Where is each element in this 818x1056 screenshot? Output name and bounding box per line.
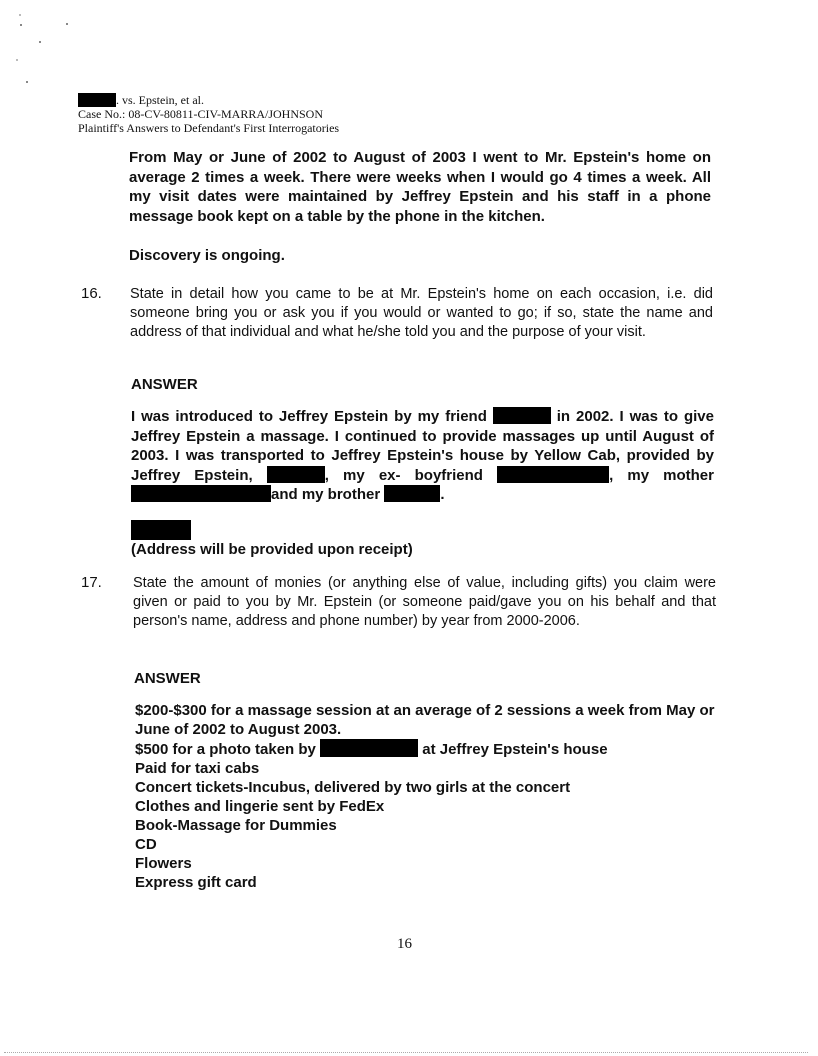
redaction-box <box>267 466 325 483</box>
list-item: Book-Massage for Dummies <box>135 816 720 835</box>
question-17-answer-label: ANSWER <box>134 669 201 688</box>
discovery-note: Discovery is ongoing. <box>129 246 285 265</box>
list-item: CD <box>135 835 720 854</box>
question-16-answer: I was introduced to Jeffrey Epstein by m… <box>131 407 714 505</box>
scan-speck <box>19 14 21 16</box>
scan-speck <box>20 24 22 26</box>
page-edge-line <box>4 1052 808 1053</box>
case-caption-line: . vs. Epstein, et al. <box>78 93 204 107</box>
redaction-box <box>78 93 116 107</box>
answer-text: and my brother <box>271 486 380 503</box>
list-item-text: $500 for a photo taken by <box>135 741 316 758</box>
list-item: Paid for taxi cabs <box>135 759 720 778</box>
list-item: Concert tickets-Incubus, delivered by tw… <box>135 778 720 797</box>
list-item: $500 for a photo taken by at Jeffrey Eps… <box>135 739 720 759</box>
answer-text: , my ex- boyfriend <box>325 467 483 484</box>
scan-speck <box>26 81 28 83</box>
case-number: Case No.: 08-CV-80811-CIV-MARRA/JOHNSON <box>78 108 323 121</box>
list-item: Express gift card <box>135 873 720 892</box>
scan-speck <box>66 23 68 25</box>
answer-text: , <box>609 467 613 484</box>
redaction-box <box>320 739 418 757</box>
scan-speck <box>16 59 18 61</box>
answer-text: my mother <box>627 467 714 484</box>
question-17-number: 17. <box>81 574 102 591</box>
question-16-number: 16. <box>81 285 102 302</box>
list-item-text: at Jeffrey Epstein's house <box>422 741 607 758</box>
gifts-list: $200-$300 for a massage session at an av… <box>135 701 720 892</box>
question-16-text: State in detail how you came to be at Mr… <box>130 285 713 342</box>
question-16-answer-label: ANSWER <box>131 375 198 394</box>
redaction-box <box>493 407 551 424</box>
scan-speck <box>39 41 41 43</box>
address-note: (Address will be provided upon receipt) <box>131 540 413 559</box>
list-item: Flowers <box>135 854 720 873</box>
question-17-text: State the amount of monies (or anything … <box>133 574 716 631</box>
list-item: $200-$300 for a massage session at an av… <box>135 701 720 739</box>
list-item: Clothes and lingerie sent by FedEx <box>135 797 720 816</box>
answer-15-continued: From May or June of 2002 to August of 20… <box>129 148 711 226</box>
redaction-box <box>497 466 609 483</box>
redaction-box <box>131 485 271 502</box>
page-number: 16 <box>397 936 412 953</box>
answer-text: I was introduced to Jeffrey Epstein by m… <box>131 408 487 425</box>
answer-text: . <box>440 486 444 503</box>
caption-text: . vs. Epstein, et al. <box>116 93 204 107</box>
redaction-box <box>384 485 440 502</box>
redaction-box <box>131 520 191 540</box>
document-title: Plaintiff's Answers to Defendant's First… <box>78 122 339 135</box>
